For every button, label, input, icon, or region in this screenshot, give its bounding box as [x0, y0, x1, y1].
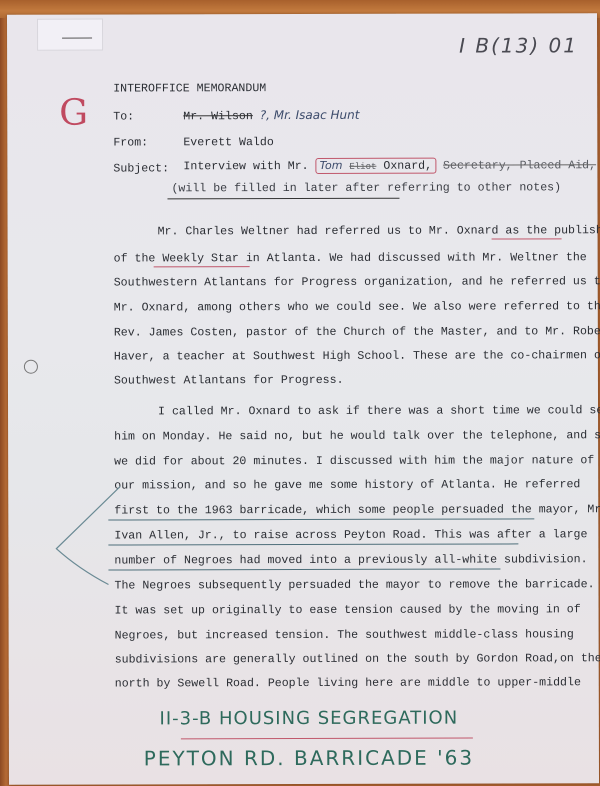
subject-name-box: Tom Eliot Oxnard,	[316, 158, 437, 174]
paper-tab	[37, 19, 103, 51]
paragraph-2-line-9: It was set up originally to ease tension…	[115, 603, 581, 617]
paragraph-1-line-6: Haver, a teacher at Southwest High Schoo…	[114, 349, 600, 363]
handwritten-topic-note: PEYTON RD. BARRICADE '63	[9, 745, 600, 771]
paragraph-2-line-5: first to the 1963 barricade, which some …	[114, 503, 600, 517]
paragraph-2-line-10: Negroes, but increased tension. The sout…	[115, 628, 574, 642]
margin-circle-mark	[24, 360, 38, 374]
subject-surname: Oxnard,	[383, 160, 432, 173]
paragraph-2-line-3: we did for about 20 minutes. I discussed…	[114, 454, 594, 468]
handwritten-category-note: II-3-B HOUSING SEGREGATION	[9, 707, 600, 730]
from-label: From:	[113, 136, 148, 149]
paragraph-1-line-7: Southwest Atlantans for Progress.	[114, 374, 344, 388]
paragraph-1-line-1: Mr. Charles Weltner had referred us to M…	[158, 224, 600, 238]
handwritten-note-underline	[181, 738, 473, 740]
paragraph-2-line-2: him on Monday. He said no, but he would …	[114, 429, 600, 443]
subject-struck-rest: Secretary, Placed Aid,	[443, 159, 596, 172]
paragraph-2-line-11: subdivisions are generally outlined on t…	[115, 652, 600, 666]
to-struck-name: Mr. Wilson	[183, 110, 253, 123]
subject-label: Subject:	[113, 162, 169, 175]
tab-dash	[62, 38, 92, 39]
margin-bracket-mark	[48, 484, 128, 594]
underline-line-5	[108, 518, 534, 520]
file-code: I B(13) 01	[459, 33, 578, 57]
paragraph-2-line-4: our mission, and so he gave me some hist…	[114, 478, 580, 492]
subject-prefix: Interview with Mr.	[183, 160, 308, 173]
paragraph-2-line-6: Ivan Allen, Jr., to raise across Peyton …	[114, 528, 587, 542]
paragraph-1-line-5: Rev. James Costen, pastor of the Church …	[114, 325, 600, 339]
underline-publisher	[492, 238, 562, 239]
to-label: To:	[113, 110, 134, 123]
paragraph-2-line-1: I called Mr. Oxnard to ask if there was …	[158, 404, 600, 418]
subject-name-struck: Eliot	[349, 162, 376, 172]
subject-name-handwritten: Tom	[320, 159, 343, 172]
paragraph-2-line-8: The Negroes subsequently persuaded the m…	[114, 578, 594, 592]
paragraph-2-line-7: number of Negroes had moved into a previ…	[114, 553, 587, 567]
memo-page: I B(13) 01 G INTEROFFICE MEMORANDUM To: …	[7, 13, 599, 785]
from-value: Everett Waldo	[183, 136, 273, 149]
paragraph-1-line-3: Southwestern Atlantans for Progress orga…	[114, 275, 600, 289]
underline-weekly-star	[154, 266, 250, 267]
paragraph-1-line-2: of the Weekly Star in Atlanta. We had di…	[114, 251, 587, 265]
underline-line-6	[108, 543, 518, 545]
subject-note: (will be filled in later after referring…	[171, 181, 561, 195]
paragraph-2-line-12: north by Sewell Road. People living here…	[115, 676, 581, 690]
to-handwritten: ?, Mr. Isaac Hunt	[260, 108, 360, 122]
subject-note-underline	[167, 198, 399, 200]
to-field: Mr. Wilson ?, Mr. Isaac Hunt	[183, 108, 359, 123]
memo-title: INTEROFFICE MEMORANDUM	[113, 82, 266, 95]
corner-mark: G	[59, 93, 88, 134]
paragraph-1-line-4: Mr. Oxnard, among others who we could se…	[114, 300, 600, 314]
subject-value: Interview with Mr. Tom Eliot Oxnard, Sec…	[183, 157, 596, 174]
underline-line-7	[108, 568, 500, 570]
